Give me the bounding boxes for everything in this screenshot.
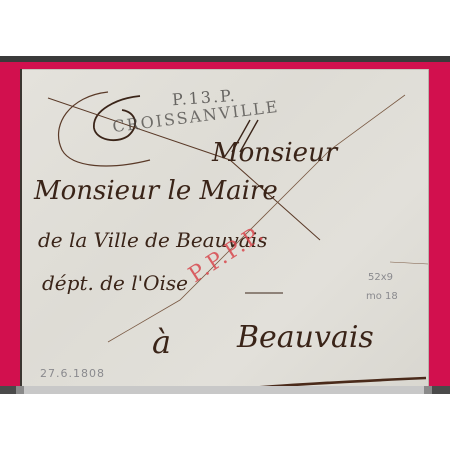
bar-edge-right-inner xyxy=(424,386,432,394)
bar-edge-left-inner xyxy=(16,386,24,394)
pencil-size-note: 52x9 xyxy=(368,272,393,283)
pencil-date-note: 27.6.1808 xyxy=(40,367,105,380)
address-line-4: dépt. de l'Oise xyxy=(42,271,188,295)
bar-edge-left xyxy=(0,386,16,394)
bar-edge-right xyxy=(432,386,450,394)
address-line-2: Monsieur le Maire xyxy=(34,176,278,206)
address-city: Beauvais xyxy=(237,320,374,355)
bottom-border-bar xyxy=(0,386,450,394)
ink-strokes xyxy=(0,0,450,450)
address-prefix: à xyxy=(152,323,171,361)
address-line-1: Monsieur xyxy=(212,138,337,168)
pencil-ref-note: mo 18 xyxy=(366,291,398,302)
